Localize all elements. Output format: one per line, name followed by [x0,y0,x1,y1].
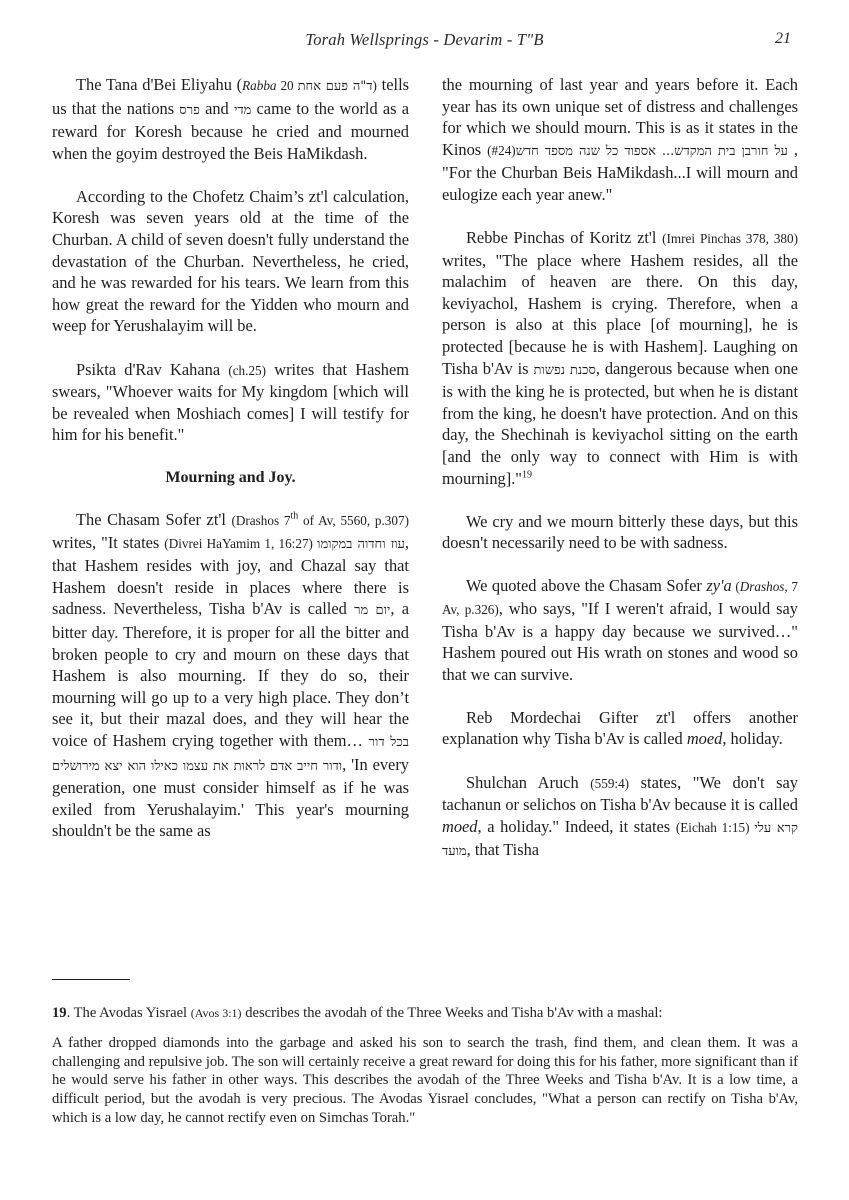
text: The Chasam Sofer zt'l [76,510,231,529]
paragraph-reb-mordechai-gifter: Reb Mordechai Gifter zt'l offers another… [442,707,798,750]
paragraph-tana-dbei-eliyahu: The Tana d'Bei Eliyahu (Rabba 20 ד"ה פעם… [52,74,409,164]
paragraph-we-cry: We cry and we mourn bitterly these days,… [442,511,798,554]
hebrew-text: על חורבן בית המקדש... אספוד כל שנה מספד … [516,144,794,159]
source-reference: ( [732,579,740,594]
text: Psikta d'Rav Kahana [76,360,228,379]
source-reference: (#24) [487,143,516,158]
paragraph-shulchan-aruch: Shulchan Aruch (559:4) states, "We don't… [442,772,798,863]
text: moed [687,729,723,748]
footnote-19-body: A father dropped diamonds into the garba… [52,1034,798,1128]
hebrew-text: ד"ה פעם אחת [298,79,373,94]
text: Shulchan Aruch [466,773,590,792]
footnote-number: 19 [52,1005,67,1021]
paragraph-psikta: Psikta d'Rav Kahana (ch.25) writes that … [52,359,409,446]
source-reference: (Eichah 1:15) [676,820,755,835]
text: . The Avodas Yisrael [67,1005,191,1021]
hebrew-text: יום מר [354,603,390,618]
source-reference: (Avos 3:1) [191,1006,242,1020]
text: , holiday. [722,729,782,748]
text: , a holiday." Indeed, it states [478,817,676,836]
source-reference: 20 [277,78,298,93]
text: describes the avodah of the Three Weeks … [242,1005,663,1021]
paragraph-chofetz-chaim: According to the Chofetz Chaim’s zt'l ca… [52,186,409,337]
source-reference: of Av, 5560, p.307) [298,513,409,528]
text: moed [442,817,478,836]
text: writes, "It states [52,533,164,552]
running-header: Torah Wellsprings - Devarim - T"B 21 [0,30,849,54]
footnote-divider [52,979,130,980]
source-reference: Rabba [242,78,276,93]
footnote-marker[interactable]: 19 [522,469,532,480]
text: , a bitter day. Therefore, it is proper … [52,599,409,750]
header-title: Torah Wellsprings - Devarim - T"B [0,30,849,50]
hebrew-text: סכנת נפשות [533,363,595,378]
right-column: the mourning of last year and years befo… [442,74,798,884]
page-number: 21 [775,30,791,48]
paragraph-chasam-sofer: The Chasam Sofer zt'l (Drashos 7th of Av… [52,509,409,842]
text: Rebbe Pinchas of Koritz zt'l [466,228,662,247]
source-reference: Drashos, [740,579,788,594]
source-reference: (559:4) [590,776,629,791]
left-column: The Tana d'Bei Eliyahu (Rabba 20 ד"ה פעם… [52,74,409,863]
text: We quoted above the Chasam Sofer [466,576,706,595]
hebrew-text: פרס [179,103,200,118]
source-reference: (Imrei Pinchas 378, 380) [662,231,798,246]
source-reference: (Drashos 7 [231,513,290,528]
text: The Tana d'Bei Eliyahu ( [76,75,242,94]
text: , that Tisha [467,840,539,859]
text: and [200,99,234,118]
hebrew-text: עוז וחדוה במקומו [317,537,405,552]
paragraph-rebbe-pinchas: Rebbe Pinchas of Koritz zt'l (Imrei Pinc… [442,227,798,489]
text: zy'a [706,576,731,595]
paragraph-chasam-sofer-quote: We quoted above the Chasam Sofer zy'a (D… [442,575,798,685]
hebrew-text: מדי [234,103,251,118]
section-heading: Mourning and Joy. [52,467,409,489]
source-reference: (Divrei HaYamim 1, 16:27) [164,536,317,551]
footnote-19-intro: 19. The Avodas Yisrael (Avos 3:1) descri… [52,1004,798,1023]
footnotes: 19. The Avodas Yisrael (Avos 3:1) descri… [52,1004,798,1139]
paragraph-continuation: the mourning of last year and years befo… [442,74,798,206]
source-reference: (ch.25) [228,363,266,378]
